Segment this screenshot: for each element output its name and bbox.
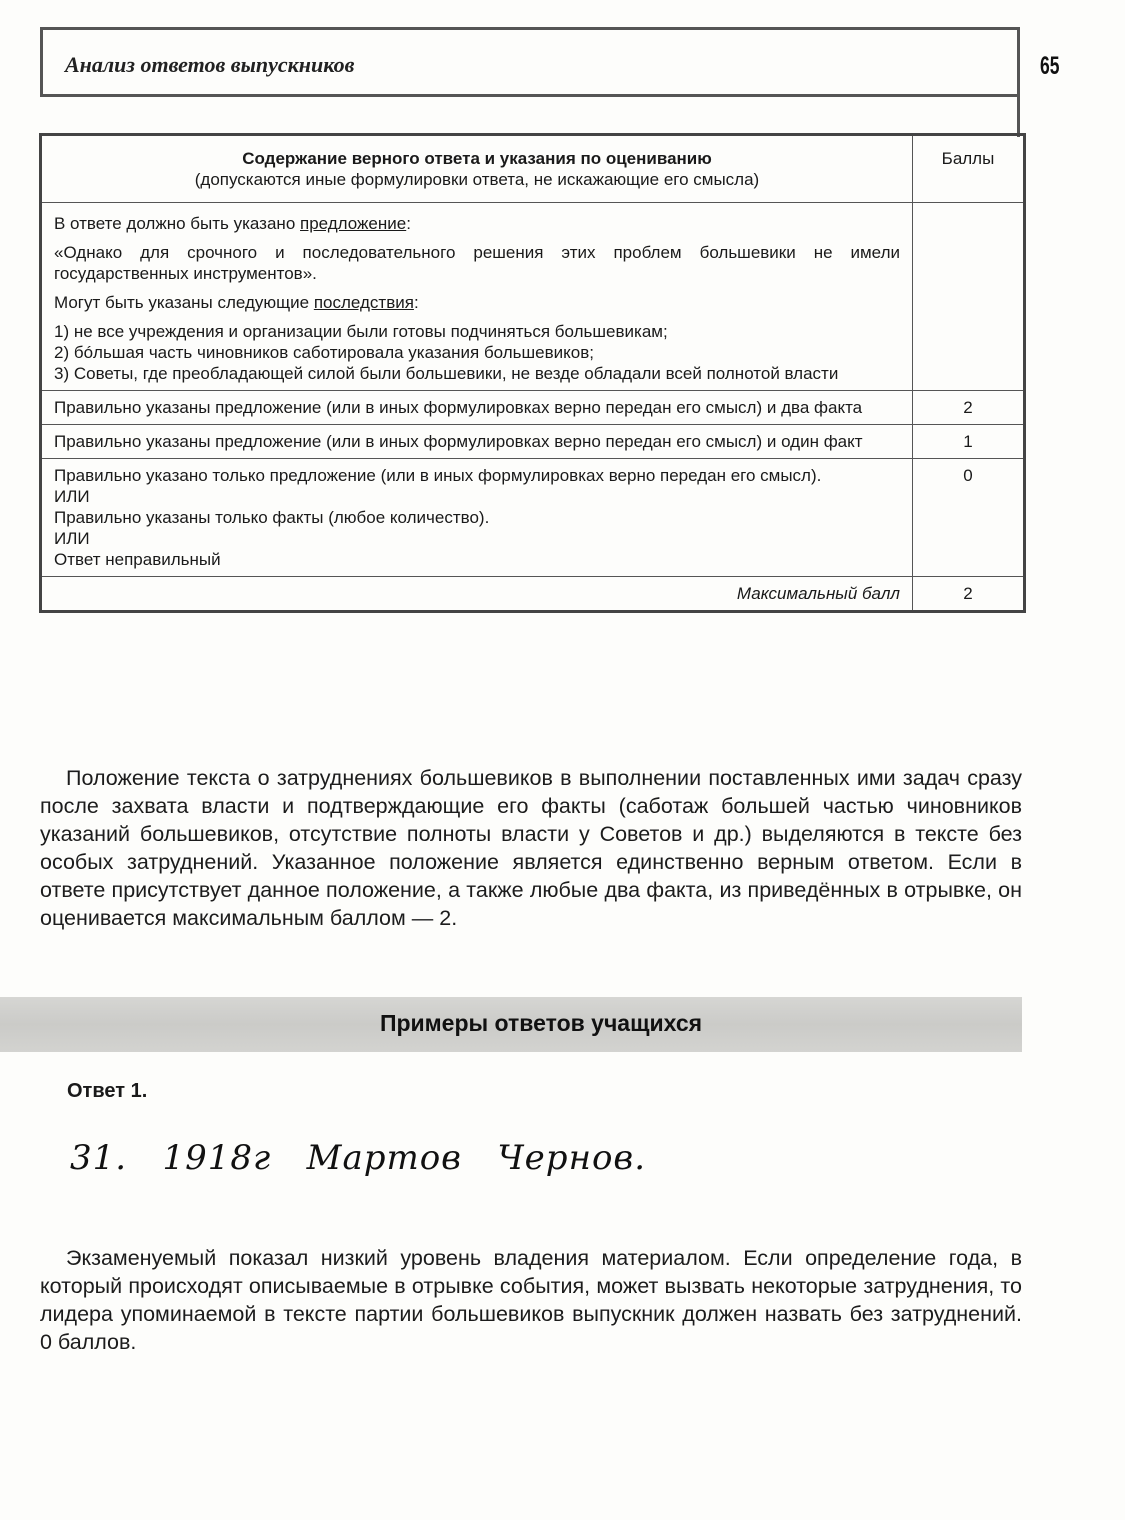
criterion-score: 0 — [913, 459, 1025, 577]
answer-intro: В ответе должно быть указано предложение… — [54, 213, 900, 234]
content-header-title: Содержание верного ответа и указания по … — [54, 148, 900, 169]
answer-content-row: В ответе должно быть указано предложение… — [41, 203, 1025, 391]
criterion-line: Ответ неправильный — [54, 549, 900, 570]
criterion-score: 2 — [913, 391, 1025, 425]
consequences-intro: Могут быть указаны следующие последствия… — [54, 292, 900, 313]
evaluation-text: Экзаменуемый показал низкий уровень влад… — [40, 1246, 1022, 1354]
criterion-row: Правильно указаны предложение (или в ины… — [41, 391, 1025, 425]
score-column-header: Баллы — [913, 135, 1025, 203]
criterion-line: ИЛИ — [54, 528, 900, 549]
examples-section-banner: Примеры ответов учащихся — [0, 997, 1022, 1052]
criterion-line: Правильно указаны только факты (любое ко… — [54, 507, 900, 528]
criterion-text: Правильно указаны предложение (или в ины… — [41, 391, 913, 425]
consequences-term: последствия — [314, 293, 414, 312]
consequences-text: Могут быть указаны следующие — [54, 293, 314, 312]
consequences-suffix: : — [414, 293, 419, 312]
criterion-text: Правильно указано только предложение (ил… — [41, 459, 913, 577]
intro-suffix: : — [406, 214, 411, 233]
answer-content-cell: В ответе должно быть указано предложение… — [41, 203, 913, 391]
criterion-row: Правильно указано только предложение (ил… — [41, 459, 1025, 577]
consequence-item: 2) бóльшая часть чиновников саботировала… — [54, 342, 900, 363]
section-title: Анализ ответов выпускников — [65, 52, 354, 78]
frame-divider — [1017, 97, 1020, 137]
evaluation-paragraph: Экзаменуемый показал низкий уровень влад… — [40, 1244, 1022, 1356]
answer-score-cell — [913, 203, 1025, 391]
criterion-line: ИЛИ — [54, 486, 900, 507]
examples-section-title: Примеры ответов учащихся — [0, 1010, 1022, 1037]
table-header-row: Содержание верного ответа и указания по … — [41, 135, 1025, 203]
consequence-item: 3) Советы, где преобладающей силой были … — [54, 363, 900, 384]
max-score-row: Максимальный балл 2 — [41, 577, 1025, 612]
consequence-item: 1) не все учреждения и организации были … — [54, 321, 900, 342]
section-header-frame: Анализ ответов выпускников — [40, 27, 1020, 97]
answer-quote: «Однако для срочного и последовательного… — [54, 242, 900, 284]
criterion-line: Правильно указано только предложение (ил… — [54, 465, 900, 486]
scoring-rubric-table: Содержание верного ответа и указания по … — [39, 133, 1026, 613]
answer-label: Ответ 1. — [67, 1080, 147, 1103]
commentary-text: Положение текста о затруднениях большеви… — [40, 766, 1022, 930]
commentary-paragraph: Положение текста о затруднениях большеви… — [40, 764, 1022, 932]
intro-text: В ответе должно быть указано — [54, 214, 300, 233]
criterion-text: Правильно указаны предложение (или в ины… — [41, 425, 913, 459]
max-score-label: Максимальный балл — [41, 577, 913, 612]
criterion-score: 1 — [913, 425, 1025, 459]
content-header-subtitle: (допускаются иные формулировки ответа, н… — [195, 170, 759, 189]
intro-term: предложение — [300, 214, 406, 233]
criterion-row: Правильно указаны предложение (или в ины… — [41, 425, 1025, 459]
page-number: 65 — [1040, 52, 1059, 81]
handwritten-answer: 31. 1918г Мартов Чернов. — [70, 1138, 646, 1178]
content-column-header: Содержание верного ответа и указания по … — [41, 135, 913, 203]
max-score-value: 2 — [913, 577, 1025, 612]
